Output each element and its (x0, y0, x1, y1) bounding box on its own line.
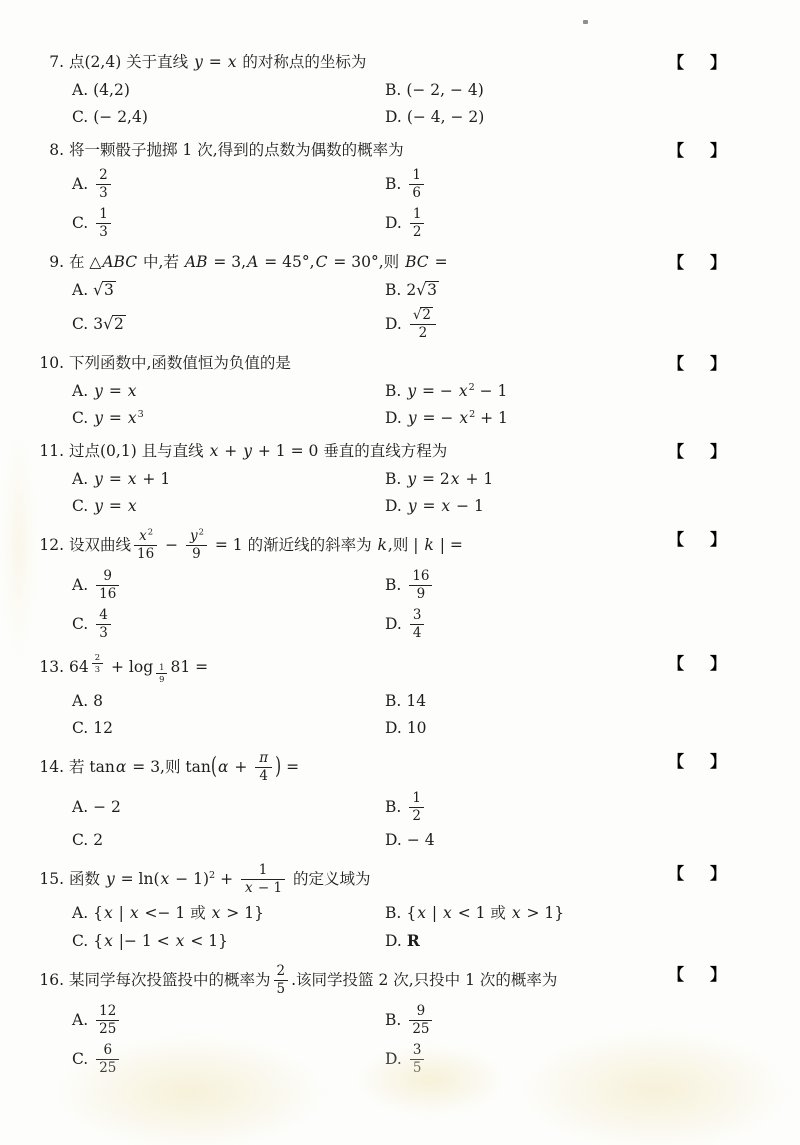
question-number: 7. (38, 53, 64, 71)
option-D: D.10 (385, 715, 764, 742)
option-label: D. (385, 612, 402, 637)
option-label: C. (72, 716, 88, 741)
option-label: C. (72, 929, 88, 954)
question-stem: 将一颗骰子抛掷 1 次,得到的点数为偶数的概率为 (69, 141, 404, 159)
option-A: A.916 (72, 566, 385, 605)
question-number: 11. (38, 442, 64, 460)
option-label: D. (385, 406, 402, 431)
question-stem-row: 10.下列函数中,函数值恒为负值的是【】 (38, 351, 764, 376)
question-area: 7.点(2,4) 关于直线 y = x 的对称点的坐标为【】A.(4,2)B.(… (38, 50, 764, 1086)
question-12: 12.设双曲线x216 − y29 = 1 的渐近线的斜率为 k,则 | k |… (38, 527, 764, 644)
option-B: B.(− 2, − 4) (385, 77, 764, 104)
option-B: B.{x | x < 1 或 x > 1} (385, 900, 764, 927)
option-C: C.(− 2,4) (72, 104, 385, 131)
question-stem-row: 15.函数 y = ln(x − 1)2 + 1x − 1 的定义域为【】 (38, 861, 764, 898)
option-label: C. (72, 1047, 88, 1072)
option-label: B. (385, 278, 401, 303)
option-label: A. (72, 379, 88, 404)
option-C: C.{x |− 1 < x < 1} (72, 927, 385, 955)
option-label: D. (385, 105, 402, 130)
option-text: 12 (406, 789, 427, 826)
option-B: B.16 (385, 165, 764, 204)
question-15: 15.函数 y = ln(x − 1)2 + 1x − 1 的定义域为【】A.{… (38, 861, 764, 955)
bracket-close-icon: 】 (710, 530, 726, 549)
option-C: C.y = x (72, 493, 385, 520)
option-label: C. (72, 406, 88, 431)
bracket-open-icon: 【 (668, 354, 684, 373)
option-text: {x | x <− 1 或 x > 1} (93, 901, 264, 926)
option-label: D. (385, 312, 402, 337)
question-stem-row: 9.在 △ABC 中,若 AB = 3,A = 45°,C = 30°,则 BC… (38, 250, 764, 275)
question-7: 7.点(2,4) 关于直线 y = x 的对称点的坐标为【】A.(4,2)B.(… (38, 50, 764, 131)
option-label: C. (72, 828, 88, 853)
option-label: D. (385, 716, 402, 741)
option-grid: A.8B.14C.12D.10 (38, 688, 764, 742)
bracket-close-icon: 】 (710, 141, 726, 160)
option-text: (− 2, − 4) (406, 78, 484, 103)
option-D: D.34 (385, 605, 764, 644)
question-number: 12. (38, 536, 64, 554)
option-text: y = 2x + 1 (406, 467, 493, 492)
question-number: 14. (38, 758, 64, 776)
option-A: A.√3 (72, 277, 385, 304)
option-A: A.8 (72, 688, 385, 715)
bracket-open-icon: 【 (668, 442, 684, 461)
option-label: B. (385, 1008, 401, 1033)
option-label: A. (72, 901, 88, 926)
question-stem: 过点(0,1) 且与直线 x + y + 1 = 0 垂直的直线方程为 (69, 442, 447, 460)
option-label: B. (385, 78, 401, 103)
option-text: 10 (407, 716, 427, 741)
option-text: (− 4, − 2) (407, 105, 485, 130)
option-grid: A.y = x + 1B.y = 2x + 1C.y = xD.y = x − … (38, 466, 764, 520)
option-C: C.y = x3 (72, 405, 385, 432)
question-stem: 下列函数中,函数值恒为负值的是 (69, 354, 291, 372)
option-text: y = x + 1 (93, 467, 170, 492)
option-grid: A.y = xB.y = − x2 − 1C.y = x3D.y = − x2 … (38, 378, 764, 432)
option-label: D. (385, 211, 402, 236)
option-D: D.(− 4, − 2) (385, 104, 764, 131)
option-text: 43 (93, 606, 114, 643)
bracket-open-icon: 【 (668, 141, 684, 160)
option-text: 2 (93, 828, 103, 853)
question-stem-row: 16.某同学每次投篮投中的概率为25.该同学投篮 2 次,只投中 1 次的概率为… (38, 962, 764, 999)
option-label: A. (72, 573, 88, 598)
question-13: 13.6423 + log1981 =【】A.8B.14C.12D.10 (38, 651, 764, 742)
option-A: A.y = x (72, 378, 385, 405)
answer-brackets: 【】 (668, 50, 726, 73)
question-stem-row: 8.将一颗骰子抛掷 1 次,得到的点数为偶数的概率为【】 (38, 138, 764, 163)
option-B: B.169 (385, 566, 764, 605)
option-label: B. (385, 467, 401, 492)
option-text: 916 (93, 567, 122, 604)
option-C: C.13 (72, 204, 385, 243)
option-A: A.23 (72, 165, 385, 204)
question-stem-row: 14.若 tanα = 3,则 tan(α + π4) =【】 (38, 749, 764, 786)
option-label: A. (72, 172, 88, 197)
answer-brackets: 【】 (668, 351, 726, 374)
answer-brackets: 【】 (668, 138, 726, 161)
answer-brackets: 【】 (668, 439, 726, 462)
bracket-open-icon: 【 (668, 654, 684, 673)
option-label: C. (72, 105, 88, 130)
bracket-close-icon: 】 (710, 442, 726, 461)
question-8: 8.将一颗骰子抛掷 1 次,得到的点数为偶数的概率为【】A.23B.16C.13… (38, 138, 764, 243)
option-label: B. (385, 172, 401, 197)
option-grid: A.916B.169C.43D.34 (38, 566, 764, 644)
option-B: B.14 (385, 688, 764, 715)
option-C: C.12 (72, 715, 385, 742)
option-text: √3 (93, 278, 116, 303)
scan-speck (583, 20, 588, 24)
option-grid: A.23B.16C.13D.12 (38, 165, 764, 243)
question-stem: 点(2,4) 关于直线 y = x 的对称点的坐标为 (69, 53, 366, 71)
option-text: {x |− 1 < x < 1} (93, 929, 228, 954)
question-stem-row: 12.设双曲线x216 − y29 = 1 的渐近线的斜率为 k,则 | k |… (38, 527, 764, 564)
option-text: y = − x2 + 1 (407, 406, 508, 431)
question-number: 15. (38, 870, 64, 888)
option-label: C. (72, 612, 88, 637)
option-label: D. (385, 1047, 402, 1072)
question-16: 16.某同学每次投篮投中的概率为25.该同学投篮 2 次,只投中 1 次的概率为… (38, 962, 764, 1079)
bracket-open-icon: 【 (668, 965, 684, 984)
option-text: y = − x2 − 1 (406, 379, 507, 404)
answer-brackets: 【】 (668, 527, 726, 550)
option-text: 925 (406, 1002, 435, 1039)
option-text: R (407, 928, 420, 954)
option-label: D. (385, 828, 402, 853)
option-text: y = x − 1 (407, 494, 484, 519)
option-D: D.y = − x2 + 1 (385, 405, 764, 432)
question-stem: 函数 y = ln(x − 1)2 + 1x − 1 的定义域为 (69, 870, 370, 888)
option-text: (− 2,4) (93, 105, 148, 130)
option-grid: A.{x | x <− 1 或 x > 1}B.{x | x < 1 或 x >… (38, 900, 764, 955)
bracket-open-icon: 【 (668, 253, 684, 272)
option-text: 23 (93, 166, 114, 203)
question-list: 7.点(2,4) 关于直线 y = x 的对称点的坐标为【】A.(4,2)B.(… (38, 50, 764, 1079)
option-label: C. (72, 312, 88, 337)
option-A: A.{x | x <− 1 或 x > 1} (72, 900, 385, 927)
option-label: B. (385, 379, 401, 404)
option-grid: A.(4,2)B.(− 2, − 4)C.(− 2,4)D.(− 4, − 2) (38, 77, 764, 131)
answer-brackets: 【】 (668, 962, 726, 985)
option-A: A.y = x + 1 (72, 466, 385, 493)
option-label: A. (72, 1008, 88, 1033)
question-14: 14.若 tanα = 3,则 tan(α + π4) =【】A.− 2B.12… (38, 749, 764, 854)
question-10: 10.下列函数中,函数值恒为负值的是【】A.y = xB.y = − x2 − … (38, 351, 764, 432)
option-text: − 4 (407, 828, 435, 853)
option-label: C. (72, 211, 88, 236)
answer-brackets: 【】 (668, 250, 726, 273)
option-text: 1225 (93, 1002, 122, 1039)
option-text: 625 (93, 1041, 122, 1078)
option-label: B. (385, 573, 401, 598)
option-text: 14 (406, 689, 426, 714)
option-label: B. (385, 795, 401, 820)
option-D: D.y = x − 1 (385, 493, 764, 520)
answer-brackets: 【】 (668, 651, 726, 674)
question-stem-row: 7.点(2,4) 关于直线 y = x 的对称点的坐标为【】 (38, 50, 764, 75)
option-text: {x | x < 1 或 x > 1} (406, 901, 564, 926)
option-B: B.y = − x2 − 1 (385, 378, 764, 405)
option-A: A.− 2 (72, 788, 385, 827)
option-A: A.1225 (72, 1001, 385, 1040)
option-C: C.2 (72, 827, 385, 854)
question-stem: 6423 + log1981 = (69, 658, 208, 676)
option-B: B.12 (385, 788, 764, 827)
option-text: √22 (407, 305, 439, 343)
bracket-close-icon: 】 (710, 654, 726, 673)
option-text: 34 (407, 606, 428, 643)
option-text: 12 (407, 205, 428, 242)
scan-smudge (2, 430, 36, 660)
question-11: 11.过点(0,1) 且与直线 x + y + 1 = 0 垂直的直线方程为【】… (38, 439, 764, 520)
bracket-open-icon: 【 (668, 864, 684, 883)
answer-brackets: 【】 (668, 749, 726, 772)
option-C: C.625 (72, 1040, 385, 1079)
question-number: 9. (38, 253, 64, 271)
question-number: 8. (38, 141, 64, 159)
option-label: A. (72, 689, 88, 714)
option-B: B.2√3 (385, 277, 764, 304)
bracket-close-icon: 】 (710, 53, 726, 72)
option-label: B. (385, 901, 401, 926)
answer-brackets: 【】 (668, 861, 726, 884)
option-label: A. (72, 795, 88, 820)
option-grid: A.1225B.925C.625D.35 (38, 1001, 764, 1079)
option-D: D.√22 (385, 304, 764, 344)
option-label: A. (72, 278, 88, 303)
option-B: B.925 (385, 1001, 764, 1040)
bracket-close-icon: 】 (710, 752, 726, 771)
option-label: C. (72, 494, 88, 519)
exam-paper-scan: 7.点(2,4) 关于直线 y = x 的对称点的坐标为【】A.(4,2)B.(… (0, 0, 800, 1145)
question-number: 13. (38, 658, 64, 676)
option-text: 35 (407, 1041, 428, 1078)
option-label: B. (385, 689, 401, 714)
option-B: B.y = 2x + 1 (385, 466, 764, 493)
question-stem: 设双曲线x216 − y29 = 1 的渐近线的斜率为 k,则 | k | = (69, 536, 463, 554)
option-C: C.3√2 (72, 304, 385, 344)
option-C: C.43 (72, 605, 385, 644)
bracket-open-icon: 【 (668, 752, 684, 771)
option-D: D.12 (385, 204, 764, 243)
option-text: 3√2 (93, 312, 126, 337)
question-number: 16. (38, 971, 64, 989)
option-label: A. (72, 78, 88, 103)
option-grid: A.− 2B.12C.2D.− 4 (38, 788, 764, 854)
question-stem: 若 tanα = 3,则 tan(α + π4) = (69, 758, 299, 776)
option-A: A.(4,2) (72, 77, 385, 104)
question-stem: 某同学每次投篮投中的概率为25.该同学投篮 2 次,只投中 1 次的概率为 (69, 971, 557, 989)
option-D: D.− 4 (385, 827, 764, 854)
question-stem: 在 △ABC 中,若 AB = 3,A = 45°,C = 30°,则 BC = (69, 253, 448, 271)
option-text: (4,2) (93, 78, 130, 103)
bracket-open-icon: 【 (668, 530, 684, 549)
bracket-close-icon: 】 (710, 253, 726, 272)
option-text: y = x (93, 494, 137, 519)
option-text: 16 (406, 166, 427, 203)
option-text: 13 (93, 205, 114, 242)
bracket-close-icon: 】 (710, 864, 726, 883)
option-label: A. (72, 467, 88, 492)
option-text: 8 (93, 689, 103, 714)
option-D: D.35 (385, 1040, 764, 1079)
bracket-open-icon: 【 (668, 53, 684, 72)
option-text: y = x (93, 379, 137, 404)
question-number: 10. (38, 354, 64, 372)
option-grid: A.√3B.2√3C.3√2D.√22 (38, 277, 764, 344)
option-text: 2√3 (406, 278, 439, 303)
bracket-close-icon: 】 (710, 965, 726, 984)
question-stem-row: 11.过点(0,1) 且与直线 x + y + 1 = 0 垂直的直线方程为【】 (38, 439, 764, 464)
bracket-close-icon: 】 (710, 354, 726, 373)
question-stem-row: 13.6423 + log1981 =【】 (38, 651, 764, 686)
option-text: 12 (93, 716, 113, 741)
question-9: 9.在 △ABC 中,若 AB = 3,A = 45°,C = 30°,则 BC… (38, 250, 764, 344)
option-text: y = x3 (93, 406, 143, 431)
option-text: 169 (406, 567, 435, 604)
option-text: − 2 (93, 795, 121, 820)
option-label: D. (385, 929, 402, 954)
option-label: D. (385, 494, 402, 519)
option-D: D.R (385, 927, 764, 955)
